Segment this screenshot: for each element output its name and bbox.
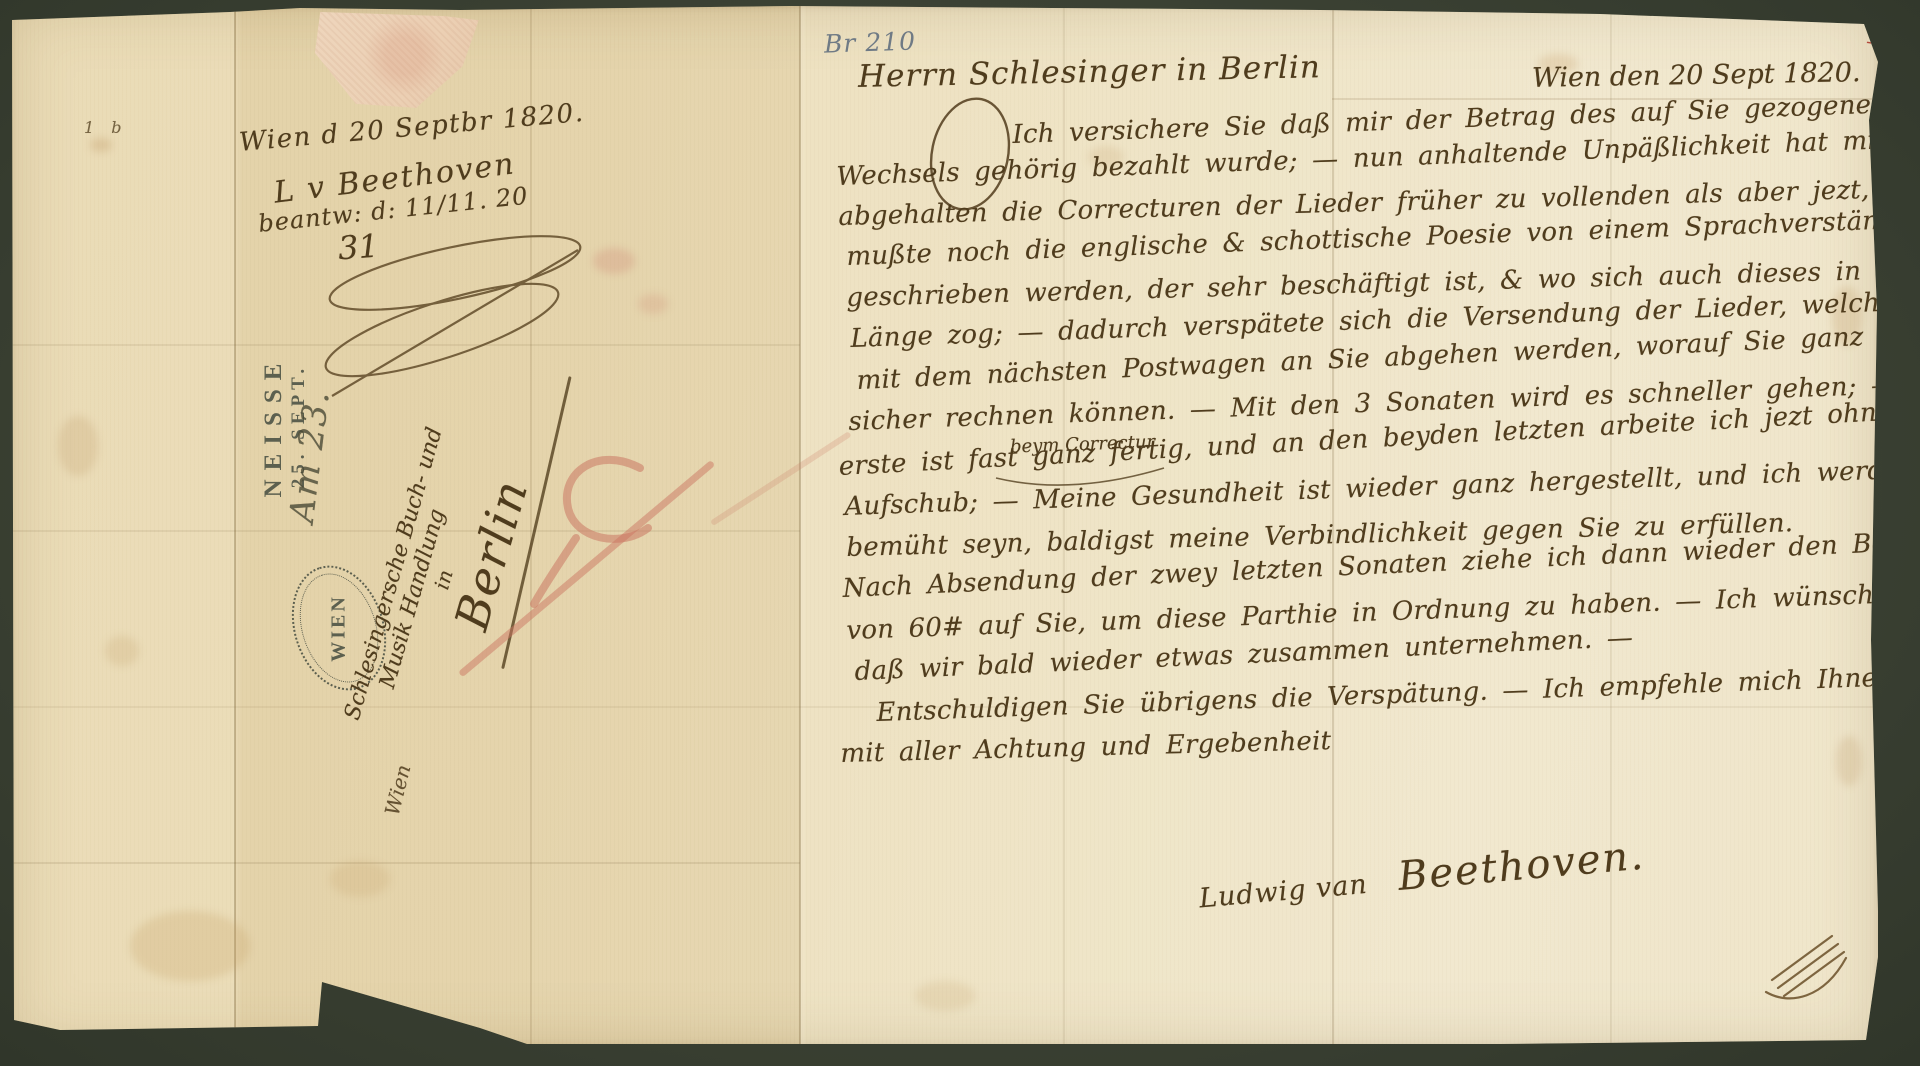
foxing-spot [90, 138, 112, 152]
red-chalk-stroke [710, 431, 852, 526]
foxing-spot [915, 981, 975, 1011]
recipient-line: Herrn Schlesinger in Berlin [858, 49, 1321, 95]
foxing-spot [130, 911, 250, 981]
side-note-wien: Wien [380, 762, 416, 818]
foxing-spot [638, 294, 668, 314]
fold-crease [799, 6, 801, 1046]
fold-crease [10, 862, 800, 864]
letter-line: mit aller Achtung und Ergebenheit [840, 726, 1332, 769]
dateline: Wien den 20 Sept 1820. [1532, 57, 1861, 94]
catalog-number-pencil: Br 210 [824, 26, 917, 58]
paper-tone-left-flap [10, 6, 235, 1046]
red-chalk-mark [540, 446, 690, 606]
letter-sheet: 1 b Wien d 20 Septbr 1820. L v Beethoven… [10, 6, 1878, 1046]
postmark-wien-label: WIEN [328, 594, 351, 662]
seal-remnant [306, 10, 484, 112]
signature-surname: Beethoven. [1396, 833, 1646, 900]
foxing-spot [58, 416, 98, 476]
signature: Ludwig van Beethoven. [1197, 833, 1647, 918]
insertion-curve [992, 452, 1172, 492]
signature-first-names: Ludwig van [1198, 869, 1369, 915]
foxing-spot [1836, 736, 1862, 786]
scan-photograph: 1 b Wien d 20 Septbr 1820. L v Beethoven… [0, 0, 1920, 1066]
page-numeral: 1 [1864, 19, 1885, 52]
foxing-spot [330, 861, 390, 897]
signature-flourish [1762, 928, 1857, 1003]
foxing-spot [105, 636, 139, 666]
fold-crease [234, 6, 236, 1046]
corner-ink-mark: 1 b [84, 118, 128, 137]
